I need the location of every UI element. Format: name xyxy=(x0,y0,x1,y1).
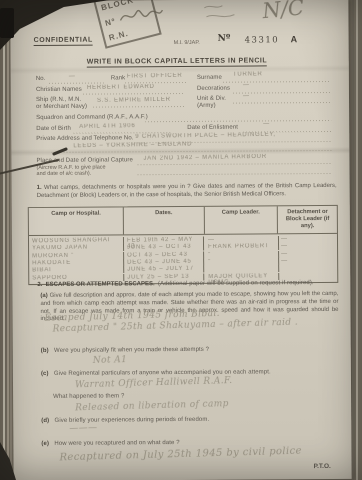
field-label-ship-1: Ship (R.N., M.N. xyxy=(36,97,81,103)
page-edge-line xyxy=(3,0,5,480)
question-2a-label: (a) xyxy=(40,293,47,299)
field-value-date-of-birth: APRIL 4TH 1906 xyxy=(79,123,135,130)
column-header-camp: Camp or Hospital. xyxy=(29,207,125,235)
question-2e-text: (e) How were you recaptured and on what … xyxy=(41,440,179,447)
field-label-address: Private Address and Telephone No. xyxy=(36,135,133,142)
field-value-rank: FIRST OFFICER xyxy=(127,73,183,80)
answer-2d: ——— xyxy=(69,423,97,434)
field-value-no: — xyxy=(69,74,76,80)
column-header-block-leader: Detachment or Block Leader (if any). xyxy=(278,206,337,233)
field-label-enlistment: Date of Enlistment xyxy=(187,125,238,131)
pencil-initials: N/C xyxy=(261,0,305,23)
column-header-dates: Dates. xyxy=(124,207,204,234)
field-label-squadron: Squadron and Command (R.A.F., A.A.F.) xyxy=(36,114,148,121)
question-2b-text: (b) Were you physically fit when you mad… xyxy=(41,347,209,354)
serial-number: 43310 xyxy=(245,35,280,45)
camps-table-header: Camp or Hospital. Dates. Camp Leader. De… xyxy=(29,206,337,236)
page-edge-line xyxy=(7,0,9,480)
serial-suffix: A xyxy=(291,34,298,44)
field-value-christian-names: HERBERT EDWARD xyxy=(87,84,155,91)
question-1-number: 1. xyxy=(37,185,42,191)
field-label-capture-3: and date of a/c crash). xyxy=(37,171,92,177)
question-2c2-text: What happened to them ? xyxy=(53,393,124,399)
question-2d-text: (d) Give briefly your experiences during… xyxy=(41,417,209,424)
field-value-address-1: 9 CHATSWORTH PLACE – HEADINGLEY, xyxy=(135,132,276,140)
question-2-heading: 2. ESCAPES OR ATTEMPTED ESCAPES. (Additi… xyxy=(37,280,313,288)
field-value-unit: — xyxy=(243,93,250,99)
field-value-decorations: — xyxy=(243,82,250,88)
question-2c-text: (c) Give Regimental particulars of anyon… xyxy=(41,369,271,377)
field-value-capture: JAN 2ND 1942 – MANILA HARBOUR xyxy=(143,154,267,162)
field-label-rank: Rank xyxy=(111,75,125,81)
page-edge-line xyxy=(352,0,354,480)
form-reference: M.I. 9/JAP. xyxy=(174,40,200,46)
page-edge-line xyxy=(356,0,358,480)
field-label-unit-1: Unit & Div. xyxy=(197,96,226,102)
column-header-leader: Camp Leader. xyxy=(204,206,278,233)
photo-of-document: BLOCK Nº R.N. N/C CONFIDENTIAL M.I. 9/JA… xyxy=(0,0,362,480)
form-instruction: WRITE IN BLOCK CAPITAL LETTERS IN PENCIL xyxy=(87,57,267,67)
question-2-number: 2. xyxy=(37,282,42,288)
answer-2c2: Released on liberation of camp xyxy=(75,399,229,413)
field-label-ship-2: or Merchant Navy) xyxy=(36,104,87,110)
question-2-title: ESCAPES OR ATTEMPTED ESCAPES. xyxy=(46,281,155,288)
field-value-enlistment: — xyxy=(263,121,270,127)
field-label-date-of-birth: Date of Birth xyxy=(36,126,71,132)
pencil-scrawl-in-stamp xyxy=(118,2,164,28)
number-sign: Nº xyxy=(218,34,231,44)
questionnaire-page: BLOCK Nº R.N. N/C CONFIDENTIAL M.I. 9/JA… xyxy=(10,0,351,480)
classification-marking: CONFIDENTIAL xyxy=(34,37,93,46)
field-label-no: No. xyxy=(36,76,46,82)
camps-table: Camp or Hospital. Dates. Camp Leader. De… xyxy=(28,205,339,285)
page-turn-over: P.T.O. xyxy=(314,463,331,470)
field-label-christian-names: Christian Names xyxy=(36,87,82,93)
question-1-text: 1. What camps, detachments or hospitals … xyxy=(37,183,337,201)
field-value-ship: S.S. EMPIRE MILLER xyxy=(97,97,171,104)
answer-2b: Not A1 xyxy=(93,355,128,366)
question-2-note: (Additional paper will be supplied on re… xyxy=(158,280,314,287)
camps-table-body: WOOSUNG SHANGHAI FEB 19th 42 – MAY 43 — … xyxy=(29,234,337,284)
field-label-decorations: Decorations xyxy=(197,86,230,92)
field-label-surname: Surname xyxy=(197,75,222,81)
answer-2c: Warrant Officer Halliwell R.A.F. xyxy=(75,376,233,390)
field-value-surname: TURNER xyxy=(233,71,263,77)
field-label-unit-2: (Army) xyxy=(197,103,216,109)
pencil-scribble-note xyxy=(200,2,244,24)
answer-2e: Recaptured on July 25th 1945 by civil po… xyxy=(59,446,302,464)
binder-clip xyxy=(0,8,14,38)
